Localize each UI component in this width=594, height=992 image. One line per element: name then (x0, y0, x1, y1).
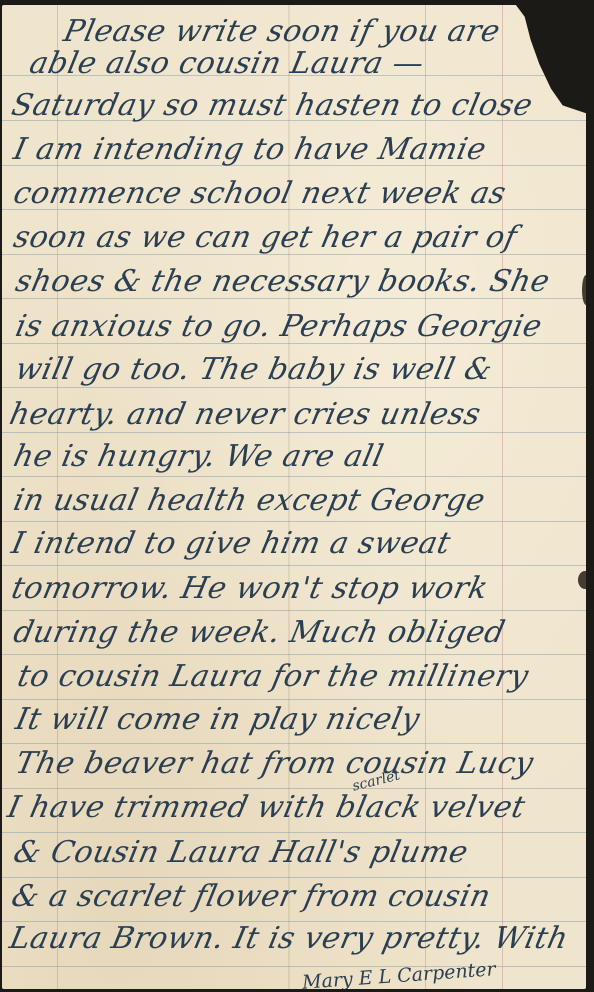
ruled-line (2, 432, 586, 433)
letter-line: Saturday so must hasten to close (9, 91, 535, 121)
letter-line: during the week. Much obliged (11, 618, 508, 648)
margin-line (502, 5, 503, 989)
letter-line: is anxious to go. Perhaps Georgie (13, 312, 545, 342)
ruled-line (2, 788, 586, 789)
letter-line: tomorrow. He won't stop work (9, 574, 491, 604)
letter-line: I have trimmed with black velvet (5, 793, 528, 823)
letter-line: soon as we can get her a pair of (11, 223, 520, 253)
edge-damage (582, 275, 586, 305)
letter-line: will go too. The baby is well & (13, 355, 495, 385)
ruled-line (2, 387, 586, 388)
ruled-line (2, 521, 586, 522)
letter-line: able also cousin Laura — (27, 49, 427, 79)
letter-paper: Please write soon if you are able also c… (2, 5, 586, 989)
edge-damage (578, 571, 586, 589)
letter-line: Laura Brown. It is very pretty. With (7, 924, 571, 954)
ruled-line (2, 565, 586, 566)
letter-line: Please write soon if you are (61, 17, 503, 47)
letter-line: commence school next week as (11, 179, 509, 209)
letter-line: hearty. and never cries unless (7, 400, 484, 430)
letter-line: he is hungry. We are all (11, 442, 386, 472)
letter-line: & Cousin Laura Hall's plume (11, 838, 471, 868)
signature: Mary E L Carpenter (301, 958, 496, 989)
ruled-line (2, 832, 586, 833)
letter-line: & a scarlet flower from cousin (9, 882, 493, 912)
ruled-line (2, 699, 586, 700)
scanned-page: Please write soon if you are able also c… (0, 0, 594, 992)
ruled-line (2, 610, 586, 611)
letter-line: The beaver hat from cousin Lucy (13, 749, 536, 779)
letter-line: I am intending to have Mamie (11, 135, 489, 165)
ruled-line (2, 966, 586, 967)
letter-line: shoes & the necessary books. She (13, 267, 552, 297)
letter-line: It will come in play nicely (13, 705, 423, 735)
letter-line: in usual health except George (11, 486, 488, 516)
letter-line: I intend to give him a sweat (9, 529, 453, 559)
ruled-line (2, 743, 586, 744)
ruled-line (2, 654, 586, 655)
letter-line: to cousin Laura for the millinery (15, 662, 531, 692)
ruled-line (2, 476, 586, 477)
ruled-line (2, 877, 586, 878)
